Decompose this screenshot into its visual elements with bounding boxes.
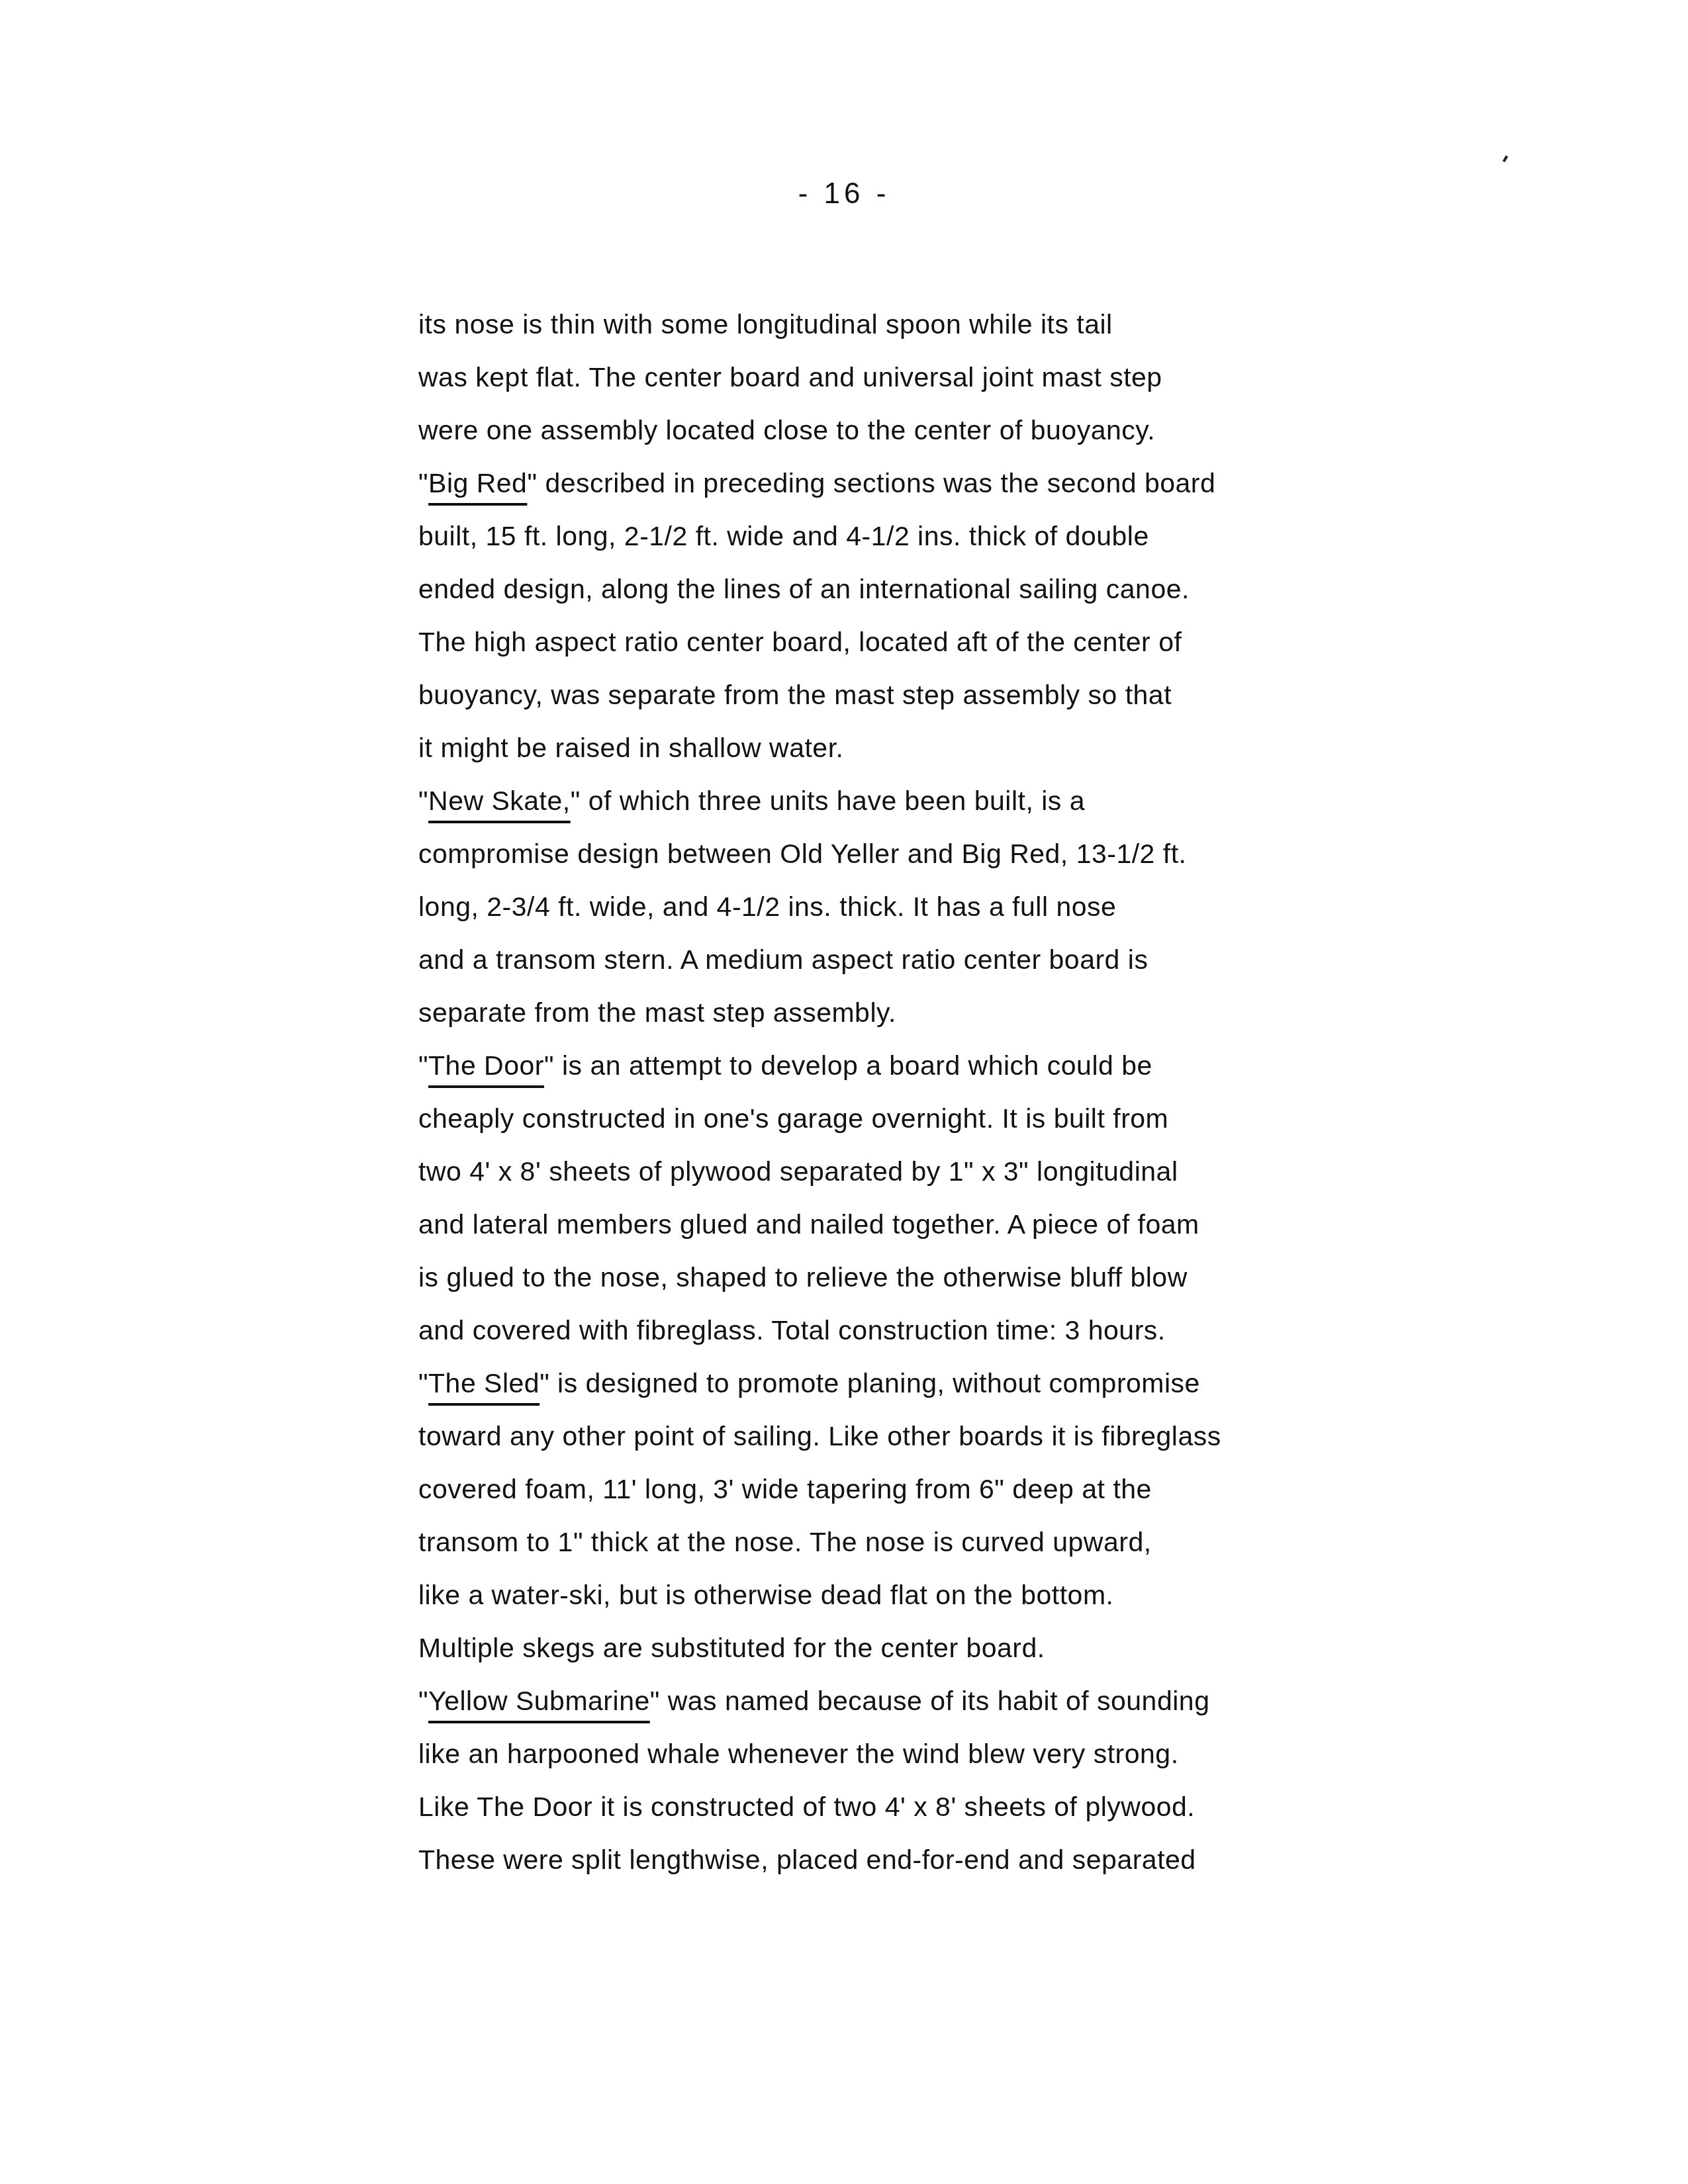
text-line: and lateral members glued and nailed tog…	[418, 1203, 1358, 1256]
line-text: was kept flat. The center board and univ…	[418, 362, 1162, 392]
text-line: is glued to the nose, shaped to relieve …	[418, 1256, 1358, 1309]
board-name-underlined: Yellow Submarine	[428, 1686, 650, 1716]
open-quote: "	[418, 1368, 428, 1398]
line-text: its nose is thin with some longitudinal …	[418, 309, 1113, 340]
line-text: like a water-ski, but is otherwise dead …	[418, 1580, 1113, 1610]
line-text: " was named because of its habit of soun…	[650, 1686, 1210, 1716]
document-page: - 16 - its nose is thin with some longit…	[0, 0, 1688, 2184]
text-line: compromise design between Old Yeller and…	[418, 833, 1358, 886]
text-line: two 4' x 8' sheets of plywood separated …	[418, 1150, 1358, 1203]
line-text: " is designed to promote planing, withou…	[539, 1368, 1200, 1398]
text-line: toward any other point of sailing. Like …	[418, 1415, 1358, 1468]
text-line: were one assembly located close to the c…	[418, 409, 1358, 462]
text-line: These were split lengthwise, placed end-…	[418, 1839, 1358, 1891]
text-line: was kept flat. The center board and univ…	[418, 356, 1358, 409]
text-line: like a water-ski, but is otherwise dead …	[418, 1574, 1358, 1627]
line-text: " of which three units have been built, …	[571, 786, 1085, 816]
line-text: Multiple skegs are substituted for the c…	[418, 1633, 1045, 1663]
line-text: The high aspect ratio center board, loca…	[418, 627, 1182, 657]
line-text: Like The Door it is constructed of two 4…	[418, 1792, 1195, 1822]
line-text: it might be raised in shallow water.	[418, 733, 843, 763]
board-name-underlined: The Sled	[428, 1368, 539, 1398]
text-line: "The Door" is an attempt to develop a bo…	[418, 1044, 1358, 1097]
line-text: toward any other point of sailing. Like …	[418, 1421, 1221, 1451]
text-line: "New Skate," of which three units have b…	[418, 780, 1358, 833]
line-text: compromise design between Old Yeller and…	[418, 839, 1186, 869]
text-line: "The Sled" is designed to promote planin…	[418, 1362, 1358, 1415]
open-quote: "	[418, 1686, 428, 1716]
text-line: long, 2-3/4 ft. wide, and 4-1/2 ins. thi…	[418, 886, 1358, 938]
line-text: and lateral members glued and nailed tog…	[418, 1209, 1199, 1240]
line-text: cheaply constructed in one's garage over…	[418, 1103, 1168, 1134]
page-number: - 16 -	[0, 177, 1688, 210]
board-name-underlined: The Door	[428, 1050, 544, 1081]
board-name-underlined: New Skate,	[428, 786, 571, 816]
text-line: "Yellow Submarine" was named because of …	[418, 1680, 1358, 1733]
line-text: buoyancy, was separate from the mast ste…	[418, 680, 1172, 710]
text-line: cheaply constructed in one's garage over…	[418, 1097, 1358, 1150]
text-line: Multiple skegs are substituted for the c…	[418, 1627, 1358, 1680]
text-line: ended design, along the lines of an inte…	[418, 568, 1358, 621]
scan-speck	[1503, 156, 1508, 163]
text-line: and covered with fibreglass. Total const…	[418, 1309, 1358, 1362]
line-text: built, 15 ft. long, 2-1/2 ft. wide and 4…	[418, 521, 1149, 551]
text-line: it might be raised in shallow water.	[418, 727, 1358, 780]
open-quote: "	[418, 1050, 428, 1081]
text-line: buoyancy, was separate from the mast ste…	[418, 674, 1358, 727]
open-quote: "	[418, 468, 428, 498]
text-line: transom to 1" thick at the nose. The nos…	[418, 1521, 1358, 1574]
line-text: like an harpooned whale whenever the win…	[418, 1739, 1179, 1769]
text-line: "Big Red" described in preceding section…	[418, 462, 1358, 515]
line-text: and a transom stern. A medium aspect rat…	[418, 944, 1148, 975]
text-line: and a transom stern. A medium aspect rat…	[418, 938, 1358, 991]
line-text: These were split lengthwise, placed end-…	[418, 1844, 1196, 1875]
text-line: The high aspect ratio center board, loca…	[418, 621, 1358, 674]
line-text: covered foam, 11' long, 3' wide tapering…	[418, 1474, 1152, 1504]
body-text: its nose is thin with some longitudinal …	[418, 303, 1358, 1891]
open-quote: "	[418, 786, 428, 816]
text-line: separate from the mast step assembly.	[418, 991, 1358, 1044]
text-line: Like The Door it is constructed of two 4…	[418, 1786, 1358, 1839]
line-text: " is an attempt to develop a board which…	[544, 1050, 1152, 1081]
text-line: covered foam, 11' long, 3' wide tapering…	[418, 1468, 1358, 1521]
line-text: separate from the mast step assembly.	[418, 997, 896, 1028]
board-name-underlined: Big Red	[428, 468, 527, 498]
line-text: two 4' x 8' sheets of plywood separated …	[418, 1156, 1178, 1187]
line-text: " described in preceding sections was th…	[527, 468, 1215, 498]
line-text: is glued to the nose, shaped to relieve …	[418, 1262, 1188, 1293]
line-text: long, 2-3/4 ft. wide, and 4-1/2 ins. thi…	[418, 891, 1116, 922]
text-line: built, 15 ft. long, 2-1/2 ft. wide and 4…	[418, 515, 1358, 568]
text-line: like an harpooned whale whenever the win…	[418, 1733, 1358, 1786]
line-text: ended design, along the lines of an inte…	[418, 574, 1190, 604]
line-text: were one assembly located close to the c…	[418, 415, 1155, 445]
line-text: transom to 1" thick at the nose. The nos…	[418, 1527, 1152, 1557]
line-text: and covered with fibreglass. Total const…	[418, 1315, 1166, 1345]
text-line: its nose is thin with some longitudinal …	[418, 303, 1358, 356]
